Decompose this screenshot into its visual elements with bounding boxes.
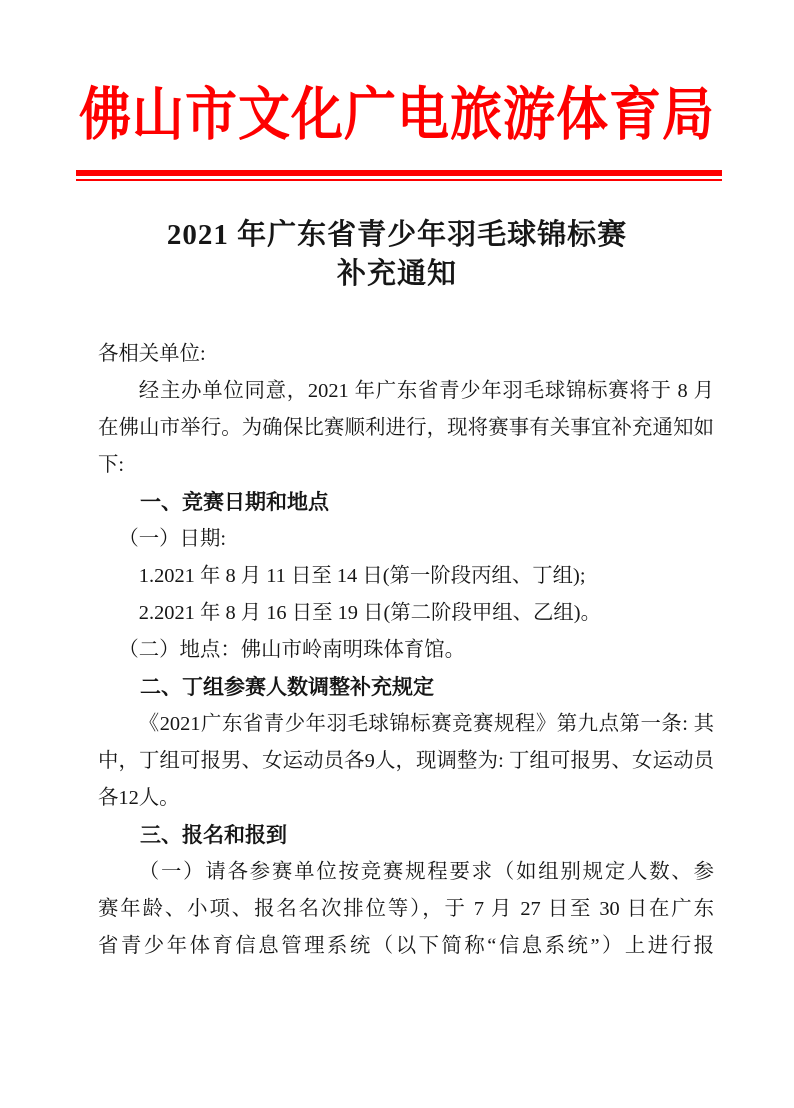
red-divider-thick-line	[76, 170, 722, 176]
agency-red-header: 佛山市文化广电旅游体育局	[0, 80, 794, 153]
document-title-line1: 2021 年广东省青少年羽毛球锦标赛	[0, 216, 794, 255]
section-heading: 二、丁组参赛人数调整补充规定	[98, 669, 714, 706]
document-body: 各相关单位:经主办单位同意，2021 年广东省青少年羽毛球锦标赛将于 8 月在佛…	[98, 336, 714, 965]
body-line: 1.2021 年 8 月 11 日至 14 日(第一阶段丙组、丁组);	[98, 558, 714, 595]
body-line: 下:	[98, 447, 714, 484]
document-page: 佛山市文化广电旅游体育局 2021 年广东省青少年羽毛球锦标赛 补充通知 各相关…	[0, 0, 794, 1108]
body-line: （一）日期:	[98, 521, 714, 558]
red-divider-thin-line	[76, 179, 722, 181]
body-line: 在佛山市举行。为确保比赛顺利进行，现将赛事有关事宜补充通知如	[98, 410, 714, 447]
document-title-line2: 补充通知	[0, 255, 794, 294]
body-line: （二）地点：佛山市岭南明珠体育馆。	[98, 632, 714, 669]
body-line: （一）请各参赛单位按竞赛规程要求（如组别规定人数、参	[98, 854, 714, 891]
body-line: 中，丁组可报男、女运动员各9人，现调整为: 丁组可报男、女运动员	[98, 743, 714, 780]
body-line: 2.2021 年 8 月 16 日至 19 日(第二阶段甲组、乙组)。	[98, 595, 714, 632]
body-line: 赛年龄、小项、报名名次排位等），于 7 月 27 日至 30 日在广东	[98, 891, 714, 928]
body-line: 《2021广东省青少年羽毛球锦标赛竞赛规程》第九点第一条: 其	[98, 706, 714, 743]
red-divider	[76, 170, 722, 181]
body-line: 各12人。	[98, 780, 714, 817]
body-line: 省青少年体育信息管理系统（以下简称“信息系统”）上进行报	[98, 928, 714, 965]
body-line: 经主办单位同意，2021 年广东省青少年羽毛球锦标赛将于 8 月	[98, 373, 714, 410]
body-line: 各相关单位:	[98, 336, 714, 373]
section-heading: 一、竞赛日期和地点	[98, 484, 714, 521]
document-title: 2021 年广东省青少年羽毛球锦标赛 补充通知	[0, 216, 794, 294]
section-heading: 三、报名和报到	[98, 817, 714, 854]
